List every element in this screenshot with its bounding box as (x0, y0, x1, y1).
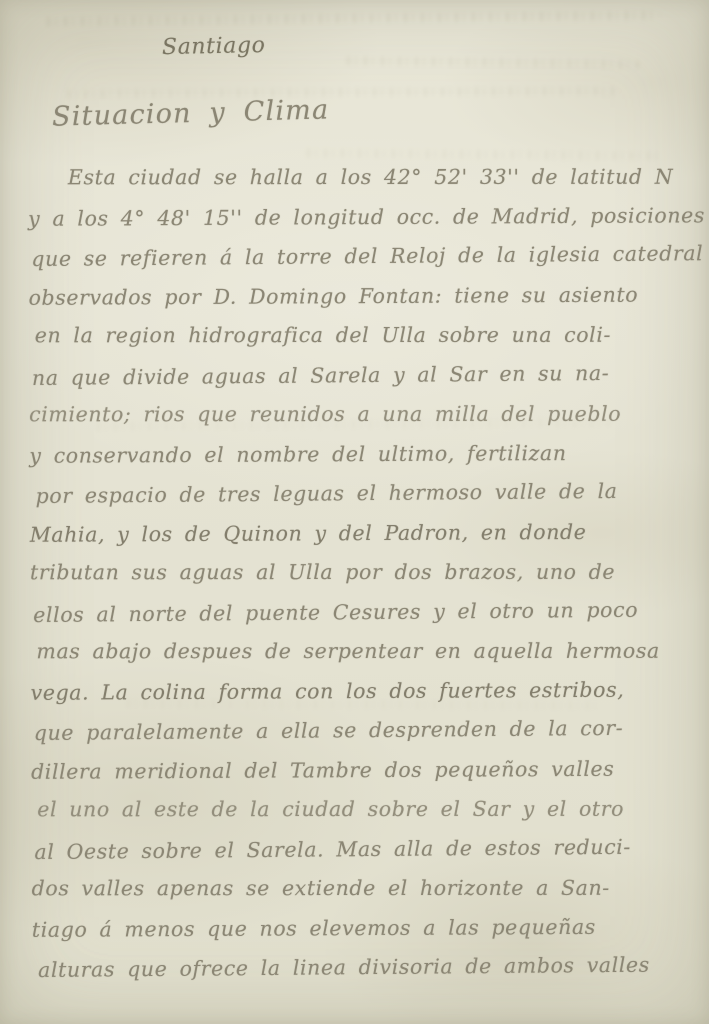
manuscript-line: vega. La colina forma con los dos fuerte… (31, 670, 709, 713)
manuscript-line: y a los 4° 48' 15'' de longitud occ. de … (28, 196, 709, 239)
bleed-through-stroke (60, 87, 620, 99)
document-title: Santiago (162, 33, 266, 60)
section-heading: Situacion y Clima (52, 94, 330, 132)
manuscript-line: Esta ciudad se halla a los 42° 52' 33'' … (34, 158, 709, 198)
manuscript-line: el uno al este de la ciudad sobre el Sar… (37, 790, 709, 830)
manuscript-line: que se refieren á la torre del Reloj de … (31, 234, 709, 279)
manuscript-line: na que divide aguas al Sarela y al Sar e… (32, 352, 709, 397)
manuscript-line: dos valles apenas se extiende el horizon… (32, 869, 709, 909)
manuscript-line: que paralelamente a ella se desprenden d… (34, 708, 709, 753)
manuscript-line: alturas que ofrece la linea divisoria de… (38, 945, 709, 990)
manuscript-line: tributan sus aguas al Ulla por dos brazo… (30, 553, 709, 593)
manuscript-body: Esta ciudad se halla a los 42° 52' 33'' … (28, 156, 709, 989)
manuscript-line: dillera meridional del Tambre dos pequeñ… (31, 749, 709, 792)
manuscript-line: y conservando el nombre del ultimo, fert… (29, 433, 709, 476)
manuscript-line: cimiento; rios que reunidos a una milla … (29, 395, 709, 435)
manuscript-line: al Oeste sobre el Sarela. Mas alla de es… (34, 826, 709, 871)
manuscript-line: Mahia, y los de Quinon y del Padron, en … (30, 512, 709, 555)
manuscript-line: por espacio de tres leguas el hermoso va… (35, 471, 709, 516)
bleed-through-stroke (40, 11, 660, 26)
manuscript-line: en la region hidrografica del Ulla sobre… (35, 316, 709, 356)
manuscript-page: Santiago Situacion y Clima Esta ciudad s… (0, 0, 709, 1024)
bleed-through-stroke (340, 56, 640, 69)
manuscript-line: ellos al norte del puente Cesures y el o… (33, 589, 709, 634)
manuscript-line: mas abajo despues de serpentear en aquel… (36, 632, 709, 672)
manuscript-line: observados por D. Domingo Fontan: tiene … (28, 275, 709, 318)
manuscript-line: tiago á menos que nos elevemos a las peq… (32, 907, 709, 950)
